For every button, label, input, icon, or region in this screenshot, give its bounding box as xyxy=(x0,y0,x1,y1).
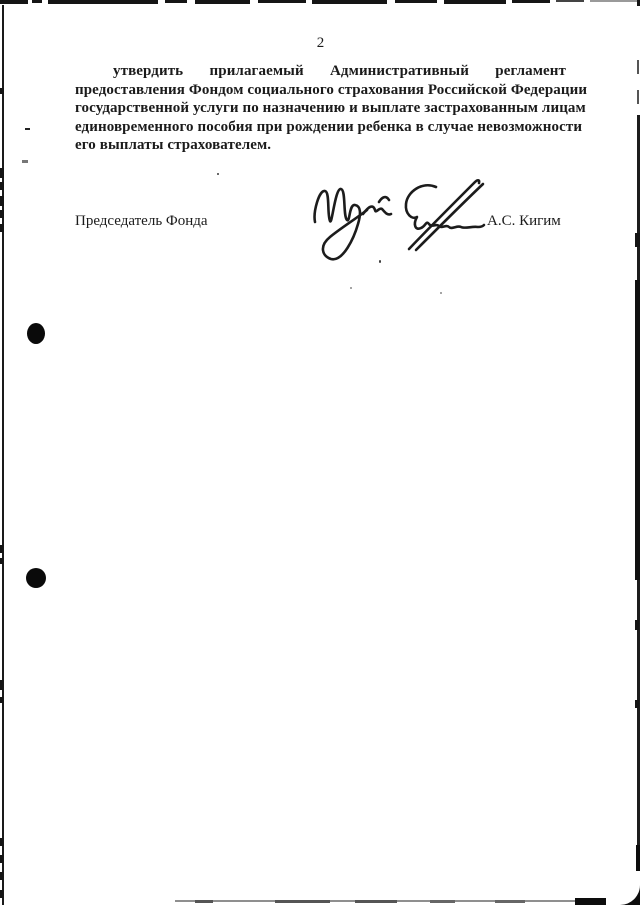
scan-artifact xyxy=(0,168,4,178)
scan-artifact xyxy=(637,60,639,74)
scan-artifact xyxy=(0,545,3,553)
paragraph-line: его выплаты страхователем. xyxy=(75,136,566,155)
scan-artifact xyxy=(635,233,640,247)
paragraph-line: утвердить прилагаемый Административный р… xyxy=(75,62,566,81)
scan-speck xyxy=(217,173,219,175)
scan-artifact xyxy=(0,0,28,4)
scan-artifact xyxy=(635,700,639,708)
scan-artifact xyxy=(0,196,4,206)
scan-artifact xyxy=(2,5,4,905)
scan-artifact xyxy=(556,0,584,2)
scan-artifact xyxy=(395,0,437,3)
paragraph-line: предоставления Фондом социального страхо… xyxy=(75,81,566,100)
scan-artifact xyxy=(512,0,550,3)
signer-title: Председатель Фонда xyxy=(75,212,208,230)
body-paragraph: утвердить прилагаемый Административный р… xyxy=(75,62,566,155)
scan-artifact xyxy=(0,88,4,94)
hole-punch-mark-top xyxy=(27,323,45,344)
signer-name: А.С. Кигим xyxy=(487,212,561,230)
scan-artifact xyxy=(590,0,640,2)
scan-artifact xyxy=(637,90,639,104)
scan-artifact xyxy=(444,0,506,4)
scan-speck xyxy=(440,292,442,294)
scan-artifact xyxy=(258,0,306,3)
scan-artifact xyxy=(32,0,42,3)
paragraph-line: единовременного пособия при рождении реб… xyxy=(75,118,566,137)
scan-artifact xyxy=(635,620,639,630)
scan-artifact xyxy=(0,558,3,564)
scan-artifact xyxy=(0,838,3,846)
hole-punch-mark-bottom xyxy=(26,568,46,588)
scan-artifact xyxy=(195,0,250,4)
scan-artifact xyxy=(0,872,3,880)
scan-artifact xyxy=(495,900,525,903)
scan-artifact xyxy=(0,182,4,190)
scanned-document-page: 2 утвердить прилагаемый Административный… xyxy=(0,0,640,905)
scan-artifact xyxy=(275,900,330,903)
scan-artifact xyxy=(0,697,3,703)
page-number: 2 xyxy=(75,34,566,52)
paragraph-line: государственной услуги по назначению и в… xyxy=(75,99,566,118)
scan-artifact xyxy=(0,680,3,690)
scan-artifact xyxy=(430,900,455,903)
scan-artifact xyxy=(0,224,4,232)
scan-speck xyxy=(25,128,30,130)
scan-artifact xyxy=(165,0,187,3)
signature-image xyxy=(305,176,500,271)
scan-artifact xyxy=(635,280,640,580)
scan-speck xyxy=(350,287,352,289)
scan-artifact xyxy=(0,855,3,863)
scan-artifact xyxy=(0,890,3,898)
scan-artifact xyxy=(0,210,4,218)
scan-artifact xyxy=(312,0,387,4)
scan-artifact xyxy=(48,0,158,4)
scan-artifact xyxy=(355,900,397,903)
scan-speck xyxy=(22,160,28,163)
scan-artifact xyxy=(195,900,213,903)
